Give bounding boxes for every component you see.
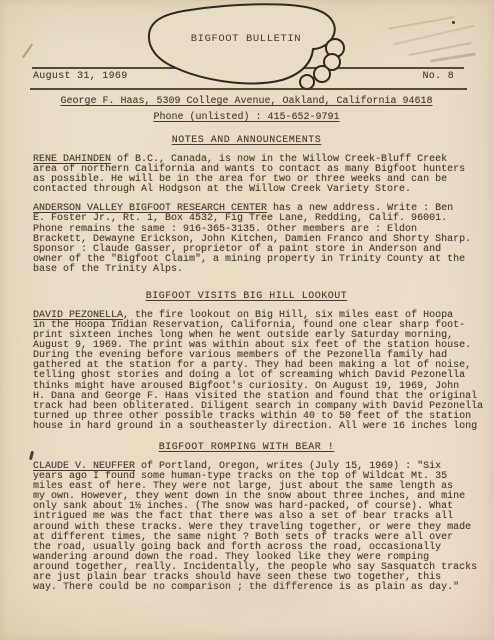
paragraph-text: , the fire lookout on Big Hill, six mile…	[33, 310, 483, 433]
issue-number: No. 8	[422, 71, 454, 82]
header-rule-bottom	[30, 88, 467, 90]
paragraph-rene-dahinden: RENE DAHINDEN of B.C., Canada, is now in…	[33, 155, 494, 196]
section-heading-notes: NOTES AND ANNOUNCEMENTS	[33, 136, 494, 146]
paragraph-anderson-valley: ANDERSON VALLEY BIGFOOT RESEARCH CENTER …	[33, 204, 494, 275]
masthead: BIGFOOT BULLETIN August 31, 1969 No. 8	[0, 0, 494, 92]
publisher-phone: Phone (unlisted) : 415-652-9791	[33, 113, 494, 123]
publisher-address: George F. Haas, 5309 College Avenue, Oak…	[33, 97, 494, 107]
paragraph-text: of Portland, Oregon, writes (July 15, 19…	[33, 461, 477, 594]
paragraph-claude-neuffer: CLAUDE V. NEUFFER of Portland, Oregon, w…	[33, 462, 494, 594]
section-heading-big-hill: BIGFOOT VISITS BIG HILL LOOKOUT	[33, 292, 494, 302]
paragraph-david-pezonella: DAVID PEZONELLA, the fire lookout on Big…	[33, 311, 494, 433]
page-title: BIGFOOT BULLETIN	[191, 33, 301, 45]
paragraph-text: has a new address. Write : Ben E. Foster…	[33, 203, 471, 275]
bulletin-page: BIGFOOT BULLETIN August 31, 1969 No. 8 G…	[0, 0, 494, 640]
date-row: August 31, 1969 No. 8	[33, 71, 454, 82]
section-heading-romping-bear: BIGFOOT ROMPING WITH BEAR !	[33, 443, 494, 453]
issue-date: August 31, 1969	[33, 71, 128, 82]
bulletin-content: George F. Haas, 5309 College Avenue, Oak…	[0, 97, 494, 594]
